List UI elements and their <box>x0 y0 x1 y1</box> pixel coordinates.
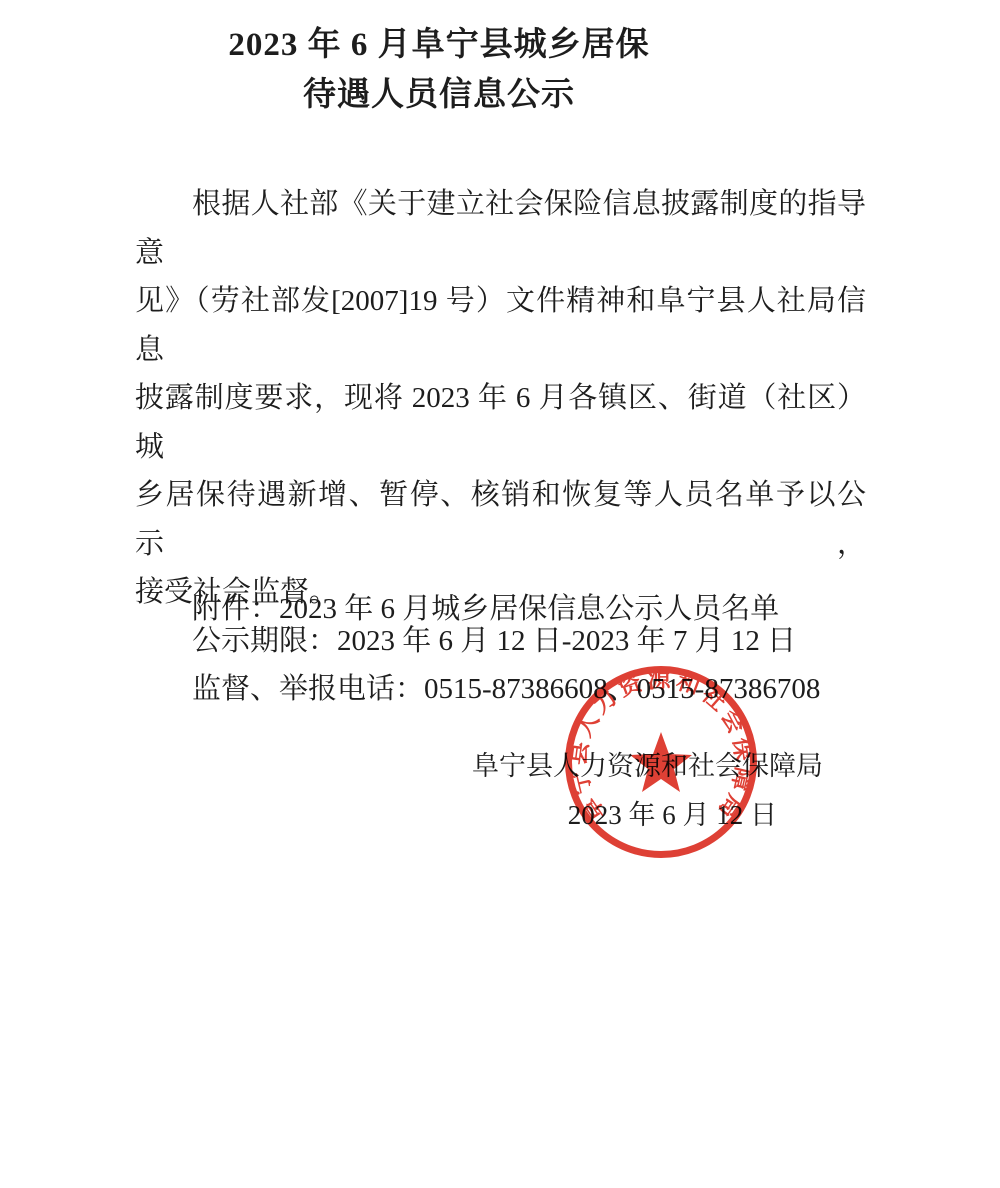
paragraph-line-3: 披露制度要求，现将 2023 年 6 月各镇区、街道（社区）城 <box>135 374 866 471</box>
seal-star <box>630 732 692 792</box>
official-seal: 阜宁县人力资源和社会保障局 <box>561 663 761 863</box>
attachment-line: 附件：2023 年 6 月城乡居保信息公示人员名单 <box>135 585 866 634</box>
title-line-2: 待遇人员信息公示 <box>0 70 878 120</box>
paragraph-line-4: 乡居保待遇新增、暂停、核销和恢复等人员名单予以公示， <box>135 471 866 568</box>
document-title: 2023 年 6 月阜宁县城乡居保 待遇人员信息公示 <box>0 20 878 120</box>
title-line-1: 2023 年 6 月阜宁县城乡居保 <box>0 20 878 70</box>
paragraph-line-1: 根据人社部《关于建立社会保险信息披露制度的指导意 <box>135 180 866 277</box>
paragraph-line-2: 见》（劳社部发[2007]19 号）文件精神和阜宁县人社局信息 <box>135 277 866 374</box>
document-page: 2023 年 6 月阜宁县城乡居保 待遇人员信息公示 根据人社部《关于建立社会保… <box>0 0 1000 1188</box>
